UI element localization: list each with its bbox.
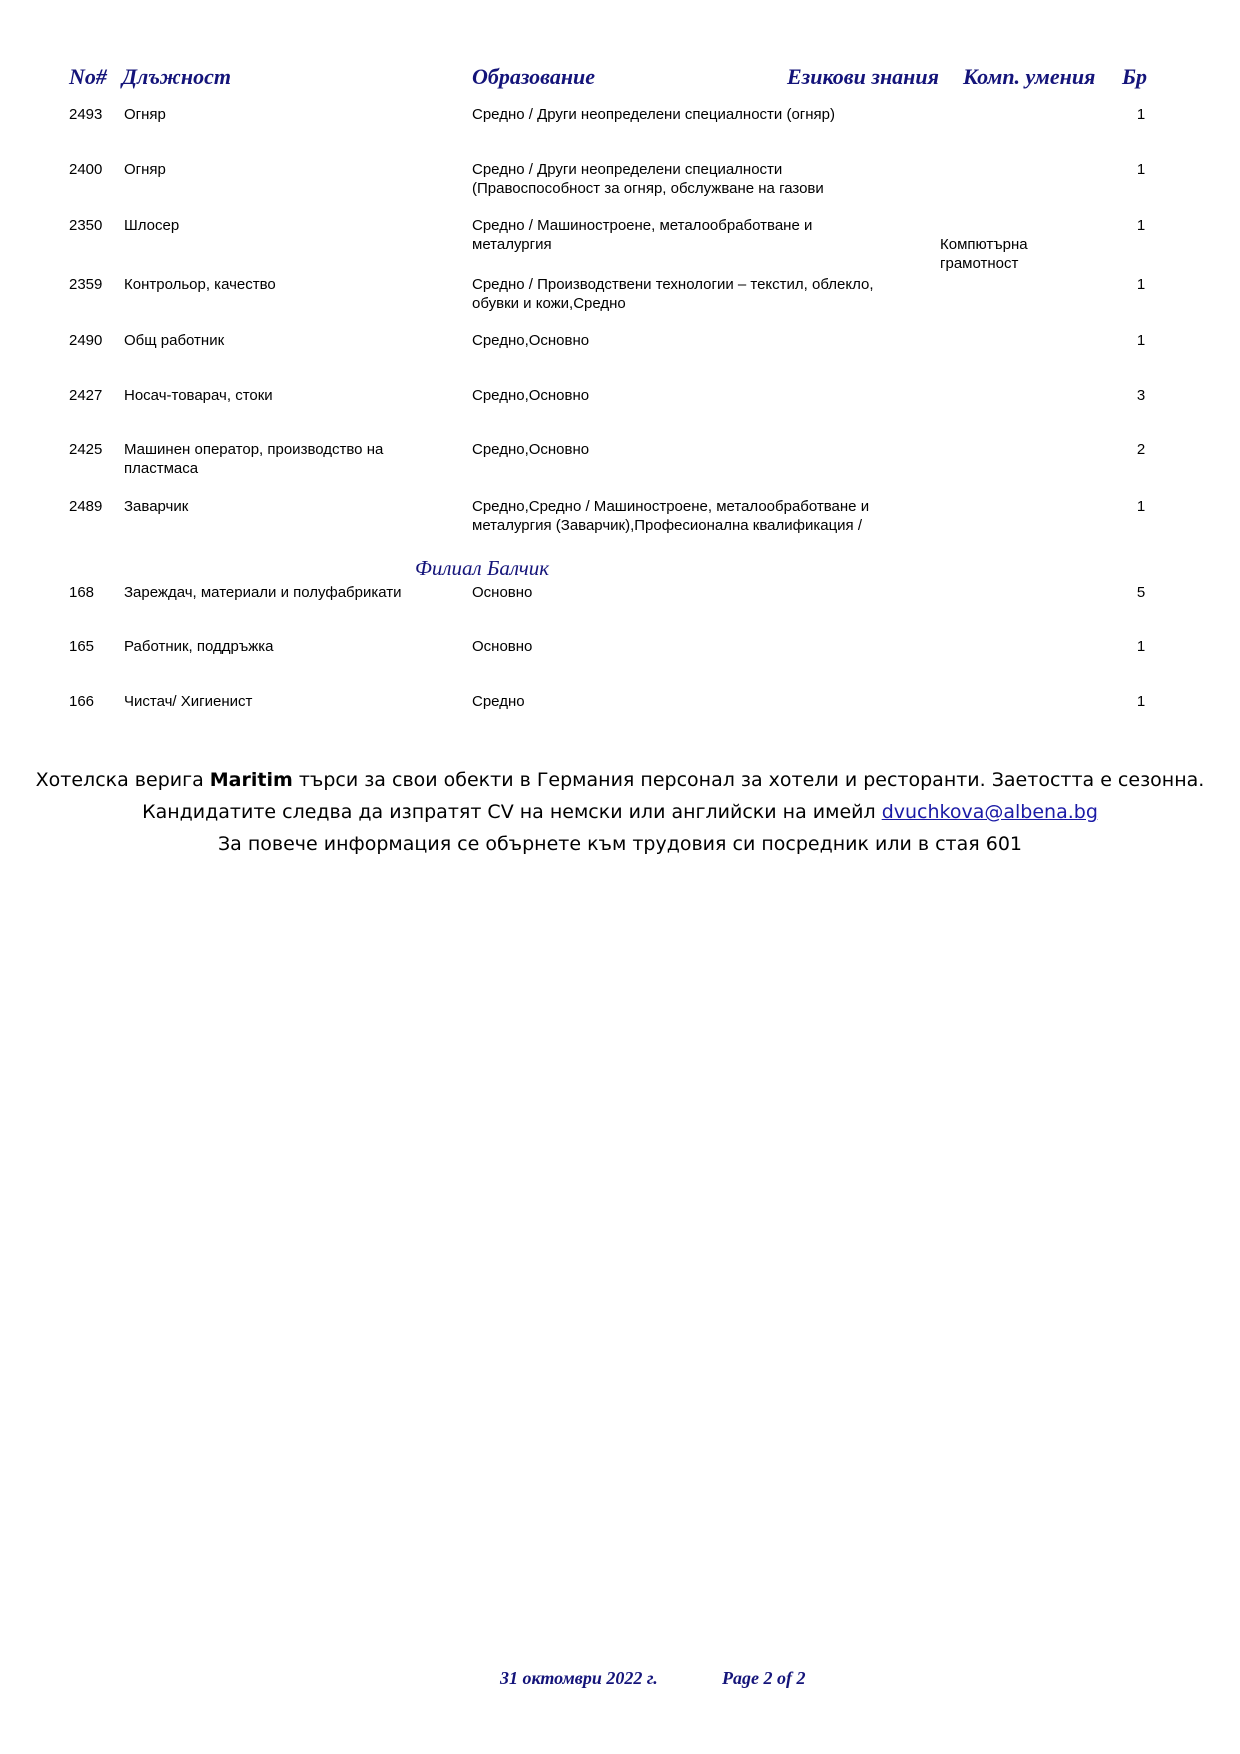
row-count: 1 [1135, 497, 1147, 516]
notice-line-1: Хотелска верига Maritim търси за свои об… [0, 764, 1240, 796]
row-count: 1 [1135, 105, 1147, 124]
row-education: Средно / Други неопределени специалности… [472, 105, 942, 124]
row-position: Зареждач, материали и полуфабрикати [124, 583, 454, 602]
row-position: Огняр [124, 105, 454, 124]
row-number: 165 [69, 637, 94, 656]
row-position: Работник, поддръжка [124, 637, 454, 656]
footer-date: 31 октомври 2022 г. [500, 1668, 658, 1689]
row-count: 2 [1135, 440, 1147, 459]
header-count: Бр [1122, 64, 1147, 90]
header-no: No# [69, 64, 107, 90]
header-position: Длъжност [122, 64, 231, 90]
row-education: Средно,Основно [472, 331, 942, 350]
row-number: 2400 [69, 160, 102, 179]
row-education: Основно [472, 637, 942, 656]
row-count: 5 [1135, 583, 1147, 602]
row-position: Шлосер [124, 216, 454, 235]
row-education: Средно [472, 692, 942, 711]
row-count: 1 [1135, 331, 1147, 350]
row-position: Огняр [124, 160, 454, 179]
row-number: 168 [69, 583, 94, 602]
row-number: 166 [69, 692, 94, 711]
row-education: Средно,Основно [472, 386, 942, 405]
row-education: Средно,Средно / Машиностроене, металообр… [472, 497, 942, 535]
notice-line-2: Кандидатите следва да изпратят CV на нем… [0, 796, 1240, 828]
branch-title: Филиал Балчик [415, 556, 549, 581]
footer-page: Page 2 of 2 [722, 1668, 805, 1689]
notice-line-3: За повече информация се обърнете към тру… [0, 828, 1240, 860]
row-number: 2493 [69, 105, 102, 124]
row-count: 1 [1135, 160, 1147, 179]
row-education: Средно,Основно [472, 440, 942, 459]
row-number: 2359 [69, 275, 102, 294]
row-education: Средно / Производствени технологии – тек… [472, 275, 942, 313]
row-computer-skills: Компютърна грамотност [940, 235, 1090, 273]
header-languages: Езикови знания [787, 64, 939, 90]
row-count: 3 [1135, 386, 1147, 405]
notice: Хотелска верига Maritim търси за свои об… [0, 764, 1240, 860]
row-number: 2490 [69, 331, 102, 350]
row-position: Общ работник [124, 331, 454, 350]
row-position: Чистач/ Хигиенист [124, 692, 454, 711]
row-position: Заварчик [124, 497, 454, 516]
row-count: 1 [1135, 216, 1147, 235]
email-link[interactable]: dvuchkova@albena.bg [882, 801, 1098, 823]
row-education: Основно [472, 583, 942, 602]
row-education: Средно / Машиностроене, металообработван… [472, 216, 942, 254]
row-number: 2489 [69, 497, 102, 516]
row-education: Средно / Други неопределени специалности… [472, 160, 942, 198]
row-number: 2425 [69, 440, 102, 459]
row-position: Машинен оператор, производство на пластм… [124, 440, 454, 478]
row-position: Носач-товарач, стоки [124, 386, 454, 405]
row-count: 1 [1135, 692, 1147, 711]
row-number: 2427 [69, 386, 102, 405]
row-count: 1 [1135, 275, 1147, 294]
row-number: 2350 [69, 216, 102, 235]
brand-name: Maritim [210, 769, 293, 791]
row-count: 1 [1135, 637, 1147, 656]
header-education: Образование [472, 64, 595, 90]
row-position: Контрольор, качество [124, 275, 454, 294]
header-computer: Комп. умения [963, 64, 1095, 90]
